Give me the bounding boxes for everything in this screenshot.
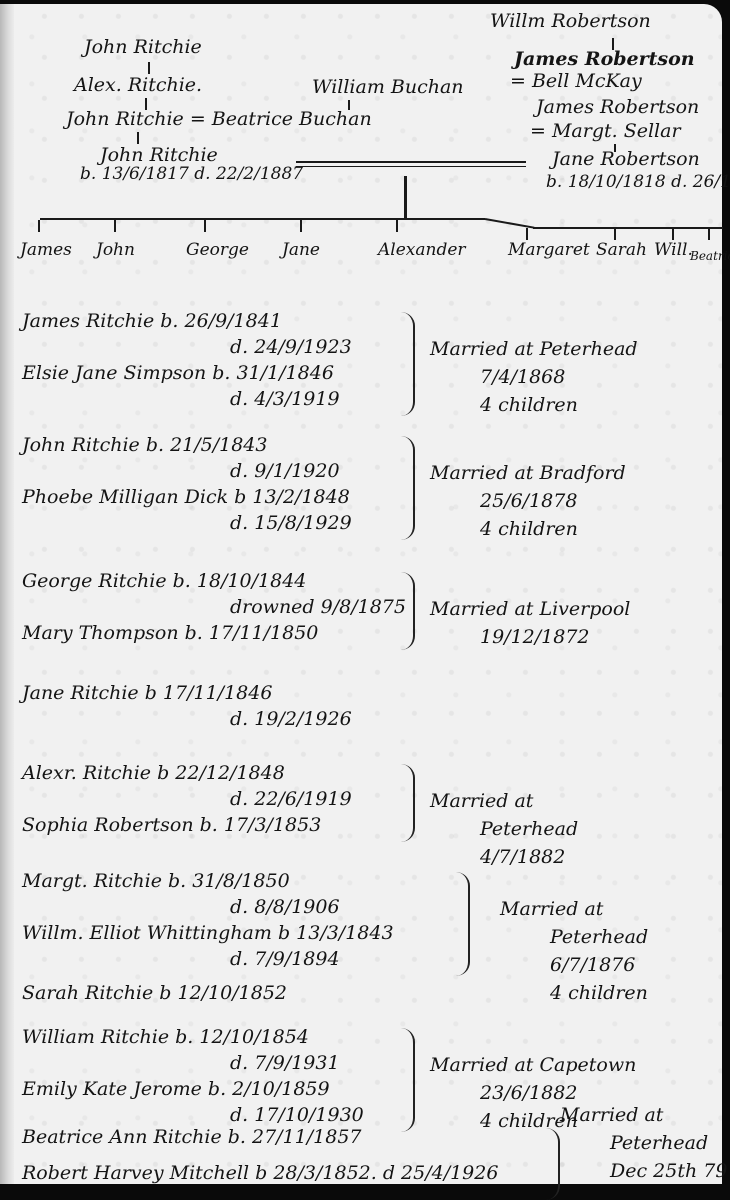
marriage-place: Married at Liverpool — [430, 600, 630, 619]
child-tick — [672, 228, 674, 240]
book-spine-shadow — [0, 4, 14, 1184]
marriage-place: Married at Capetown — [430, 1056, 636, 1075]
marriage-detail: Dec 25th 79 — [610, 1162, 727, 1181]
marriage-detail: 4/7/1882 — [480, 848, 565, 867]
family-brace — [450, 872, 470, 976]
child-name-alexander: Alexander — [378, 242, 466, 259]
entry-death-date: d. 17/10/1930 — [230, 1106, 364, 1125]
entry-person: Sarah Ritchie b 12/10/1852 — [22, 984, 287, 1003]
spouse-bell-mckay: = Bell McKay — [510, 72, 642, 91]
child-name-will: Will. — [654, 242, 693, 259]
family-brace — [395, 1028, 415, 1132]
entry-person: Robert Harvey Mitchell b 28/3/1852. d 25… — [22, 1164, 498, 1183]
spouse-margt-sellar: = Margt. Sellar — [530, 122, 681, 141]
marriage-line-double — [296, 166, 526, 167]
ancestor-john-ritchie: John Ritchie — [84, 38, 202, 57]
marriage-detail: 4 children — [480, 396, 578, 415]
entry-person: Margt. Ritchie b. 31/8/1850 — [22, 872, 290, 891]
entry-death-date: d. 7/9/1894 — [230, 950, 340, 969]
mother-jane-robertson: Jane Robertson — [552, 150, 700, 169]
ancestor-willm-robertson: Willm Robertson — [490, 12, 651, 31]
entry-death-date: drowned 9/8/1875 — [230, 598, 406, 617]
descent-line — [404, 176, 407, 218]
child-tick — [114, 220, 116, 232]
marriage-place: Married at — [500, 900, 603, 919]
marriage-detail: 19/12/1872 — [480, 628, 590, 647]
entry-person: James Ritchie b. 26/9/1841 — [22, 312, 282, 331]
child-tick — [204, 220, 206, 232]
entry-person: Elsie Jane Simpson b. 31/1/1846 — [22, 364, 334, 383]
entry-death-date: d. 22/6/1919 — [230, 790, 352, 809]
entry-person: John Ritchie b. 21/5/1843 — [22, 436, 268, 455]
marriage-place: Married at Bradford — [430, 464, 626, 483]
subject-dates: b. 13/6/1817 d. 22/2/1887 — [80, 166, 303, 183]
entry-person: George Ritchie b. 18/10/1844 — [22, 572, 306, 591]
marriage-detail: 4 children — [480, 520, 578, 539]
children-bracket — [533, 227, 723, 229]
entry-death-date: d. 15/8/1929 — [230, 514, 352, 533]
marriage-place: Married at — [430, 792, 533, 811]
ancestor-james-robertson-2: James Robertson — [536, 98, 699, 117]
children-bracket — [40, 218, 485, 220]
child-name-margaret: Margaret — [508, 242, 590, 259]
entry-death-date: d. 19/2/1926 — [230, 710, 352, 729]
child-tick — [300, 220, 302, 232]
marriage-line — [296, 161, 526, 163]
entry-death-date: d. 9/1/1920 — [230, 462, 340, 481]
family-brace — [395, 312, 415, 416]
child-name-beatrice: Beatrice — [690, 250, 730, 262]
marriage-detail: 7/4/1868 — [480, 368, 565, 387]
parents-john-beatrice: John Ritchie = Beatrice Buchan — [66, 110, 372, 129]
marriage-detail: 25/6/1878 — [480, 492, 577, 511]
family-brace — [540, 1128, 560, 1200]
ancestor-william-buchan: William Buchan — [312, 78, 464, 97]
entry-person: Sophia Robertson b. 17/3/1853 — [22, 816, 321, 835]
handwritten-family-tree-page: John Ritchie Alex. Ritchie. William Buch… — [0, 4, 722, 1184]
entry-person: William Ritchie b. 12/10/1854 — [22, 1028, 309, 1047]
entry-death-date: d. 4/3/1919 — [230, 390, 340, 409]
family-brace — [395, 764, 415, 842]
child-tick — [396, 220, 398, 232]
child-tick — [38, 220, 40, 232]
marriage-detail: Peterhead — [550, 928, 648, 947]
marriage-detail: Peterhead — [480, 820, 578, 839]
child-name-james: James — [20, 242, 72, 259]
entry-death-date: d. 8/8/1906 — [230, 898, 340, 917]
marriage-place: Married at Peterhead — [430, 340, 638, 359]
entry-person: Willm. Elliot Whittingham b 13/3/1843 — [22, 924, 394, 943]
entry-person: Emily Kate Jerome b. 2/10/1859 — [22, 1080, 330, 1099]
entry-person: Alexr. Ritchie b 22/12/1848 — [22, 764, 285, 783]
marriage-detail: 4 children — [550, 984, 648, 1003]
subject-john-ritchie: John Ritchie — [100, 146, 218, 165]
child-tick — [526, 228, 528, 240]
family-brace — [395, 436, 415, 540]
ancestor-alex-ritchie: Alex. Ritchie. — [74, 76, 202, 95]
marriage-detail: 23/6/1882 — [480, 1084, 577, 1103]
entry-death-date: d. 7/9/1931 — [230, 1054, 340, 1073]
entry-person: Phoebe Milligan Dick b 13/2/1848 — [22, 488, 350, 507]
lineage-line — [148, 62, 150, 74]
child-name-john: John — [96, 242, 135, 259]
child-tick — [708, 228, 710, 240]
mother-dates: b. 18/10/1818 d. 26/1/80 — [546, 174, 730, 191]
marriage-place: Married at — [560, 1106, 663, 1125]
child-name-jane: Jane — [282, 242, 320, 259]
family-brace — [395, 572, 415, 650]
entry-person: Beatrice Ann Ritchie b. 27/11/1857 — [22, 1128, 362, 1147]
child-name-george: George — [186, 242, 249, 259]
entry-person: Mary Thompson b. 17/11/1850 — [22, 624, 318, 643]
marriage-detail: Peterhead — [610, 1134, 708, 1153]
entry-person: Jane Ritchie b 17/11/1846 — [22, 684, 272, 703]
lineage-line — [137, 132, 139, 144]
marriage-detail: 6/7/1876 — [550, 956, 635, 975]
entry-death-date: d. 24/9/1923 — [230, 338, 352, 357]
ancestor-james-robertson-1: James Robertson — [514, 50, 695, 69]
child-name-sarah: Sarah — [596, 242, 647, 259]
child-tick — [614, 228, 616, 240]
